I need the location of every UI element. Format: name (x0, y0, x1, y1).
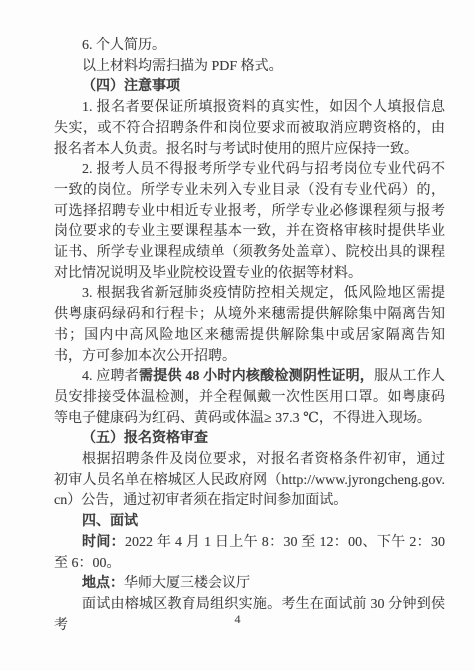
page-number: 4 (0, 612, 475, 627)
section-heading-notes: （四）注意事项 (54, 77, 445, 98)
note-paragraph-3: 3. 根据我省新冠肺炎疫情防控相关规定，低风险地区需提供粤康码绿码和行程卡；从境… (54, 284, 445, 367)
pdf-format-note: 以上材料均需扫描为 PDF 格式。 (54, 57, 445, 78)
interview-time-label: 时间： (82, 535, 125, 550)
note-paragraph-1: 1. 报名者要保证所填报资料的真实性，如因个人填报信息失实，或不符合招聘条件和岗… (54, 98, 445, 160)
document-body: 6. 个人简历。 以上材料均需扫描为 PDF 格式。 （四）注意事项 1. 报名… (54, 36, 445, 636)
scanned-document-page: 6. 个人简历。 以上材料均需扫描为 PDF 格式。 （四）注意事项 1. 报名… (0, 0, 475, 671)
section-heading-qualification-review: （五）报名资格审查 (54, 429, 445, 450)
note-paragraph-4: 4. 应聘者需提供 48 小时内核酸检测阴性证明，服从工作人员安排接受体温检测，… (54, 367, 445, 429)
section-heading-interview: 四、面试 (54, 512, 445, 533)
interview-time-line: 时间：2022 年 4 月 1 日上午 8：30 至 12：00、下午 2：30… (54, 533, 445, 574)
note-paragraph-2: 2. 报考人员不得报考所学专业代码与招考岗位专业代码不一致的岗位。所学专业未列入… (54, 160, 445, 284)
list-item-personal-resume: 6. 个人简历。 (54, 36, 445, 57)
interview-place-line: 地点：华师大厦三楼会议厅 (54, 574, 445, 595)
qualification-review-paragraph: 根据招聘条件及岗位要求，对报名者资格条件初审，通过初审人员名单在榕城区人民政府网… (54, 450, 445, 512)
interview-place-label: 地点： (82, 576, 124, 591)
note-4-prefix: 4. 应聘者 (82, 369, 139, 384)
note-4-bold-requirement: 需提供 48 小时内核酸检测阴性证明， (139, 369, 374, 384)
interview-place-value: 华师大厦三楼会议厅 (124, 576, 250, 591)
